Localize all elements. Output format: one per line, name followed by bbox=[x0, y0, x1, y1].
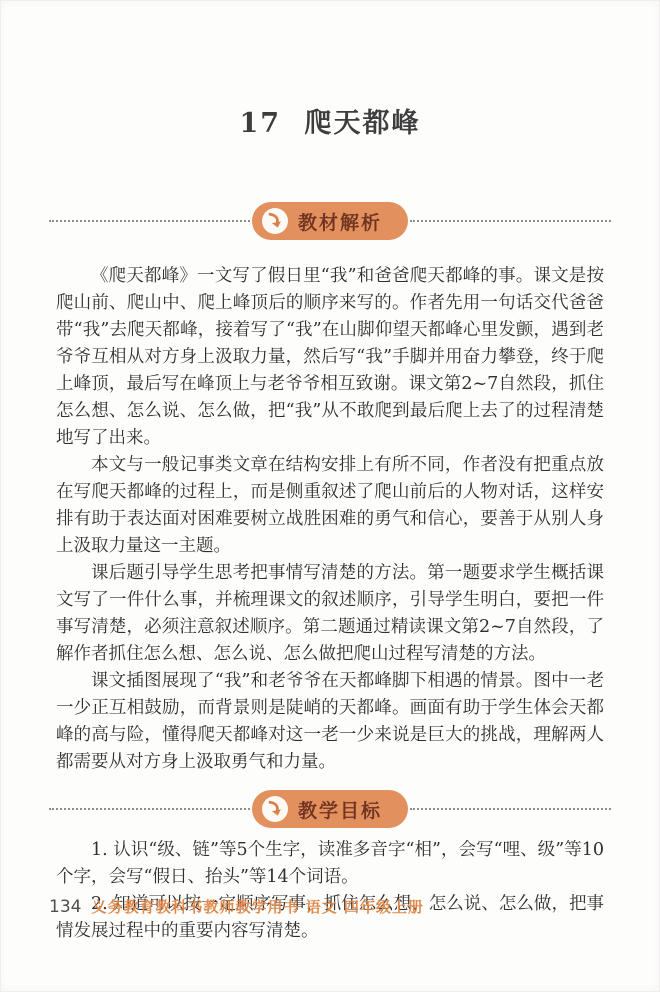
page-title: 17 爬天都峰 bbox=[1, 1, 659, 140]
dotted-divider-left bbox=[49, 808, 250, 810]
book-page: 17 爬天都峰 教材解析 《爬天都峰》一文写了假日里“我”和爸爸爬天都峰的事。课… bbox=[0, 0, 660, 992]
section-badge-label: 教学目标 bbox=[298, 796, 382, 823]
section-header-material-analysis: 教材解析 bbox=[1, 202, 659, 240]
paragraph: 课后题引导学生思考把事情写清楚的方法。第一题要求学生概括课文写了一件什么事，并梳… bbox=[56, 560, 604, 668]
dotted-divider-right bbox=[410, 808, 611, 810]
paragraph: 课文插图展现了“我”和老爷爷在天都峰脚下相遇的情景。图中一老一少正互相鼓励，而背… bbox=[56, 668, 604, 776]
section-header-teaching-objectives: 教学目标 bbox=[1, 790, 659, 828]
teaching-objectives-badge: 教学目标 bbox=[252, 790, 408, 828]
dotted-divider-left bbox=[49, 220, 250, 222]
paragraph: 《爬天都峰》一文写了假日里“我”和爸爸爬天都峰的事。课文是按爬山前、爬山中、爬上… bbox=[56, 263, 604, 452]
material-analysis-content: 《爬天都峰》一文写了假日里“我”和爸爸爬天都峰的事。课文是按爬山前、爬山中、爬上… bbox=[56, 263, 604, 776]
dotted-divider-right bbox=[410, 220, 611, 222]
page-footer: 134 义务教育教科书教师教学用书 语文 四年级上册 bbox=[49, 896, 424, 917]
page-number: 134 bbox=[49, 897, 81, 917]
paragraph: 本文与一般记事类文章在结构安排上有所不同，作者没有把重点放在写爬天都峰的过程上，… bbox=[56, 452, 604, 560]
objective-item: 1. 认识“级、链”等5个生字，读准多音字“相”，会写“哩、级”等10个字，会写… bbox=[56, 837, 604, 891]
curved-down-arrow-icon bbox=[261, 207, 289, 235]
material-analysis-badge: 教材解析 bbox=[252, 202, 408, 240]
curved-down-arrow-icon bbox=[261, 795, 289, 823]
section-badge-label: 教材解析 bbox=[298, 208, 382, 235]
footer-book-title: 义务教育教科书教师教学用书 语文 四年级上册 bbox=[91, 896, 423, 917]
teaching-objectives-content: 1. 认识“级、链”等5个生字，读准多音字“相”，会写“哩、级”等10个字，会写… bbox=[56, 837, 604, 945]
